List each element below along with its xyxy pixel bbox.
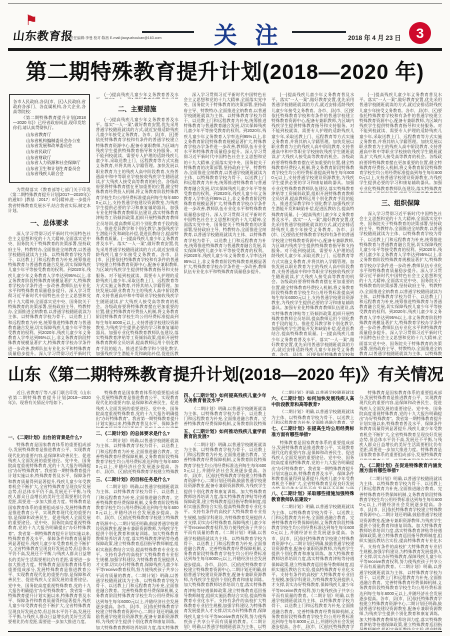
body-paragraph: 近日,省教育厅等八部门联合印发《山东省第二期特殊教育提升计划(2018—2020…	[8, 390, 91, 432]
newspaper-name: 山东教育报	[12, 28, 72, 44]
article2-columns: 近日,省教育厅等八部门联合印发《山东省第二期特殊教育提升计划(2018—2020…	[8, 390, 442, 630]
body-text: 深入学习贯彻习近平新时代中国特色社会主义思想和党的十九大精神,全面落实党中央、国…	[359, 211, 442, 356]
body-text: 特殊教育是国家教育体系的重要组成部分,发展特殊教育是推进教育公平、实现教育现代化…	[96, 390, 179, 428]
body-paragraph: 为贯彻落实《教育部等七部门关于印发〈第二期特殊教育提升计划(2017—2020年…	[8, 187, 91, 213]
text-column: (一)提高残疾儿童少年义务教育普及水平。落实“一人一案”,做好教育安置,优先采用…	[359, 92, 442, 356]
newspaper-logo: ⚑ 山东教育报	[13, 28, 71, 44]
text-column: (一)提高残疾儿童少年义务教育普及水平。落实“一人一案”,做好教育安置,优先采用…	[271, 92, 354, 356]
section-title: 关注	[196, 17, 272, 50]
red-flag-icon: ⚑	[25, 13, 38, 27]
article-divider	[8, 357, 442, 358]
text-column: 各市人民政府,各县(市、区)人民政府,省政府各部门、各直属机构,各大企业,各高等…	[8, 92, 91, 356]
body-text: (一)提高残疾儿童少年义务教育普及水平。落实“一人一案”,做好教育安置,优先采用…	[96, 92, 179, 99]
masthead: ⚑ 山东教育报 责任编辑:李曼 校对:陈茜 E-mail:jiaoyuzhouk…	[0, 0, 450, 50]
qa-heading: 五、《二期计划》如何推动残疾儿童学前教育的发展?	[184, 429, 267, 440]
body-text: 深入学习贯彻习近平新时代中国特色社会主义思想和党的十九大精神,全面落实党中央、国…	[184, 92, 267, 356]
article2-headline: 山东《第二期特殊教育提升计划(2018—2020 年)》有关情况	[8, 361, 442, 385]
notice-signers: 山东省教育厅山东省机构编制委员会办公室山东省发展和改革委员会山东省民政厅山东省财…	[13, 132, 86, 177]
qa-heading: 九、《二期计划》在促进特殊教育内涵发展方面有哪些举措?	[359, 463, 442, 474]
notice-salutation: 各市人民政府,各县(市、区)人民政府,省政府各部门、各直属机构,各大企业,各高等…	[13, 99, 86, 115]
article1-columns: 各市人民政府,各县(市、区)人民政府,省政府各部门、各直属机构,各大企业,各高等…	[8, 92, 442, 356]
article1-headline: 第二期特殊教育提升计划(2018—2020 年)	[8, 56, 442, 86]
body-text: 深入学习贯彻习近平新时代中国特色社会主义思想和党的十九大精神,全面落实党中央、国…	[8, 231, 91, 356]
text-column: 《二期计划》明确,以普通学校随班就读为主体、以特殊教育学校为骨干、以送教上门和远…	[271, 390, 354, 630]
body-text: 《二期计划》明确,以普通学校随班就读为主体、以特殊教育学校为骨干、以送教上门和远…	[271, 409, 354, 424]
editor-info: 责任编辑:李曼 校对:陈茜 E-mail:jiaoyuzhoukan@163.c…	[70, 36, 162, 41]
body-text: 《二期计划》明确,以普通学校随班就读为主体、以特殊教育学校为骨干、以送教上门和远…	[96, 438, 179, 474]
qa-heading: 三、《二期计划》的目标任务是什么?	[96, 477, 179, 483]
qa-heading: 二、《二期计划》的总体要求是什么?	[96, 431, 179, 437]
qa-heading: 四、《二期计划》如何提高残疾儿童少年义务教育普及水平?	[184, 393, 267, 404]
bottom-hairline	[8, 631, 442, 632]
newspaper-page: ⚑ 山东教育报 责任编辑:李曼 校对:陈茜 E-mail:jiaoyuzhouk…	[0, 0, 450, 636]
body-text: 《二期计划》明确,以普通学校随班就读为主体、以特殊教育学校为骨干、以送教上门和远…	[359, 476, 442, 630]
text-column: (一)提高残疾儿童少年义务教育普及水平。落实“一人一案”,做好教育安置,优先采用…	[96, 92, 179, 356]
notice-body: 《第二期特殊教育提升计划(2018—2020 年)》已经省政府同意,现印发给你们…	[13, 115, 86, 131]
body-text: 特殊教育是国家教育体系的重要组成部分,发展特殊教育是推进教育公平、实现教育现代化…	[359, 390, 442, 460]
qa-heading: 八、《二期计划》采取哪些措施加强特殊教育教师队伍建设?	[271, 491, 354, 502]
issue-date: 2018 年 4 月 23 日	[348, 33, 401, 42]
body-text: 《二期计划》明确,以普通学校随班就读为主体、以特殊教育学校为骨干、以送教上门和远…	[271, 504, 354, 630]
text-column: 近日,省教育厅等八部门联合印发《山东省第二期特殊教育提升计划(2018—2020…	[8, 390, 91, 630]
body-text: (一)提高残疾儿童少年义务教育普及水平。落实“一人一案”,做好教育安置,优先采用…	[359, 92, 442, 193]
text-column: 特殊教育是国家教育体系的重要组成部分,发展特殊教育是推进教育公平、实现教育现代化…	[359, 390, 442, 630]
text-column: 四、《二期计划》如何提高残疾儿童少年义务教育普及水平?《二期计划》明确,以普通学…	[184, 390, 267, 630]
text-column: 深入学习贯彻习近平新时代中国特色社会主义思想和党的十九大精神,全面落实党中央、国…	[184, 92, 267, 356]
qa-heading: 七、《二期计划》在提高生均公用经费标准方面有哪些举措?	[271, 426, 354, 437]
body-text: 《二期计划》明确,以普通学校随班就读为主体、以特殊教育学校为骨干、以送教上门和远…	[184, 442, 267, 630]
body-text: 《二期计划》明确,以普通学校随班就读为主体、以特殊教育学校为骨干、以送教上门和远…	[96, 484, 179, 630]
text-column: 特殊教育是国家教育体系的重要组成部分,发展特殊教育是推进教育公平、实现教育现代化…	[96, 390, 179, 630]
qa-heading: 一、《二期计划》出台的背景是什么?	[8, 435, 91, 441]
section-title-left-rule	[142, 31, 194, 33]
body-text: 特殊教育是国家教育体系的重要组成部分,发展特殊教育是推进教育公平、实现教育现代化…	[271, 440, 354, 489]
body-text: 《二期计划》明确,以普通学校随班就读为主体、以特殊教育学校为骨干、以送教上门和远…	[184, 406, 267, 426]
body-text: (一)提高残疾儿童少年义务教育普及水平。落实“一人一案”,做好教育安置,优先采用…	[96, 117, 179, 356]
body-text: 特殊教育是国家教育体系的重要组成部分,发展特殊教育是推进教育公平、实现教育现代化…	[8, 442, 91, 630]
body-text: (一)提高残疾儿童少年义务教育普及水平。落实“一人一案”,做好教育安置,优先采用…	[271, 92, 354, 356]
official-notice-box: 各市人民政府,各县(市、区)人民政府,省政府各部门、各直属机构,各大企业,各高等…	[9, 94, 90, 183]
body-text: 《二期计划》明确,以普通学校随班就读为主体、以特殊教育学校为骨干、以送教上门和远…	[271, 390, 354, 394]
section-heading: 二、主要措施	[96, 104, 179, 113]
section-title-right-rule	[292, 31, 346, 33]
qa-heading: 六、《二期计划》如何加快发展残疾人高中阶段教育和高等教育?	[271, 396, 354, 407]
section-heading: 三、组织保障	[359, 198, 442, 207]
signer-agency: 山东省残疾人联合会	[13, 171, 86, 177]
section-heading: 一、总体要求	[8, 218, 91, 227]
page-number-badge: 3	[409, 22, 431, 44]
